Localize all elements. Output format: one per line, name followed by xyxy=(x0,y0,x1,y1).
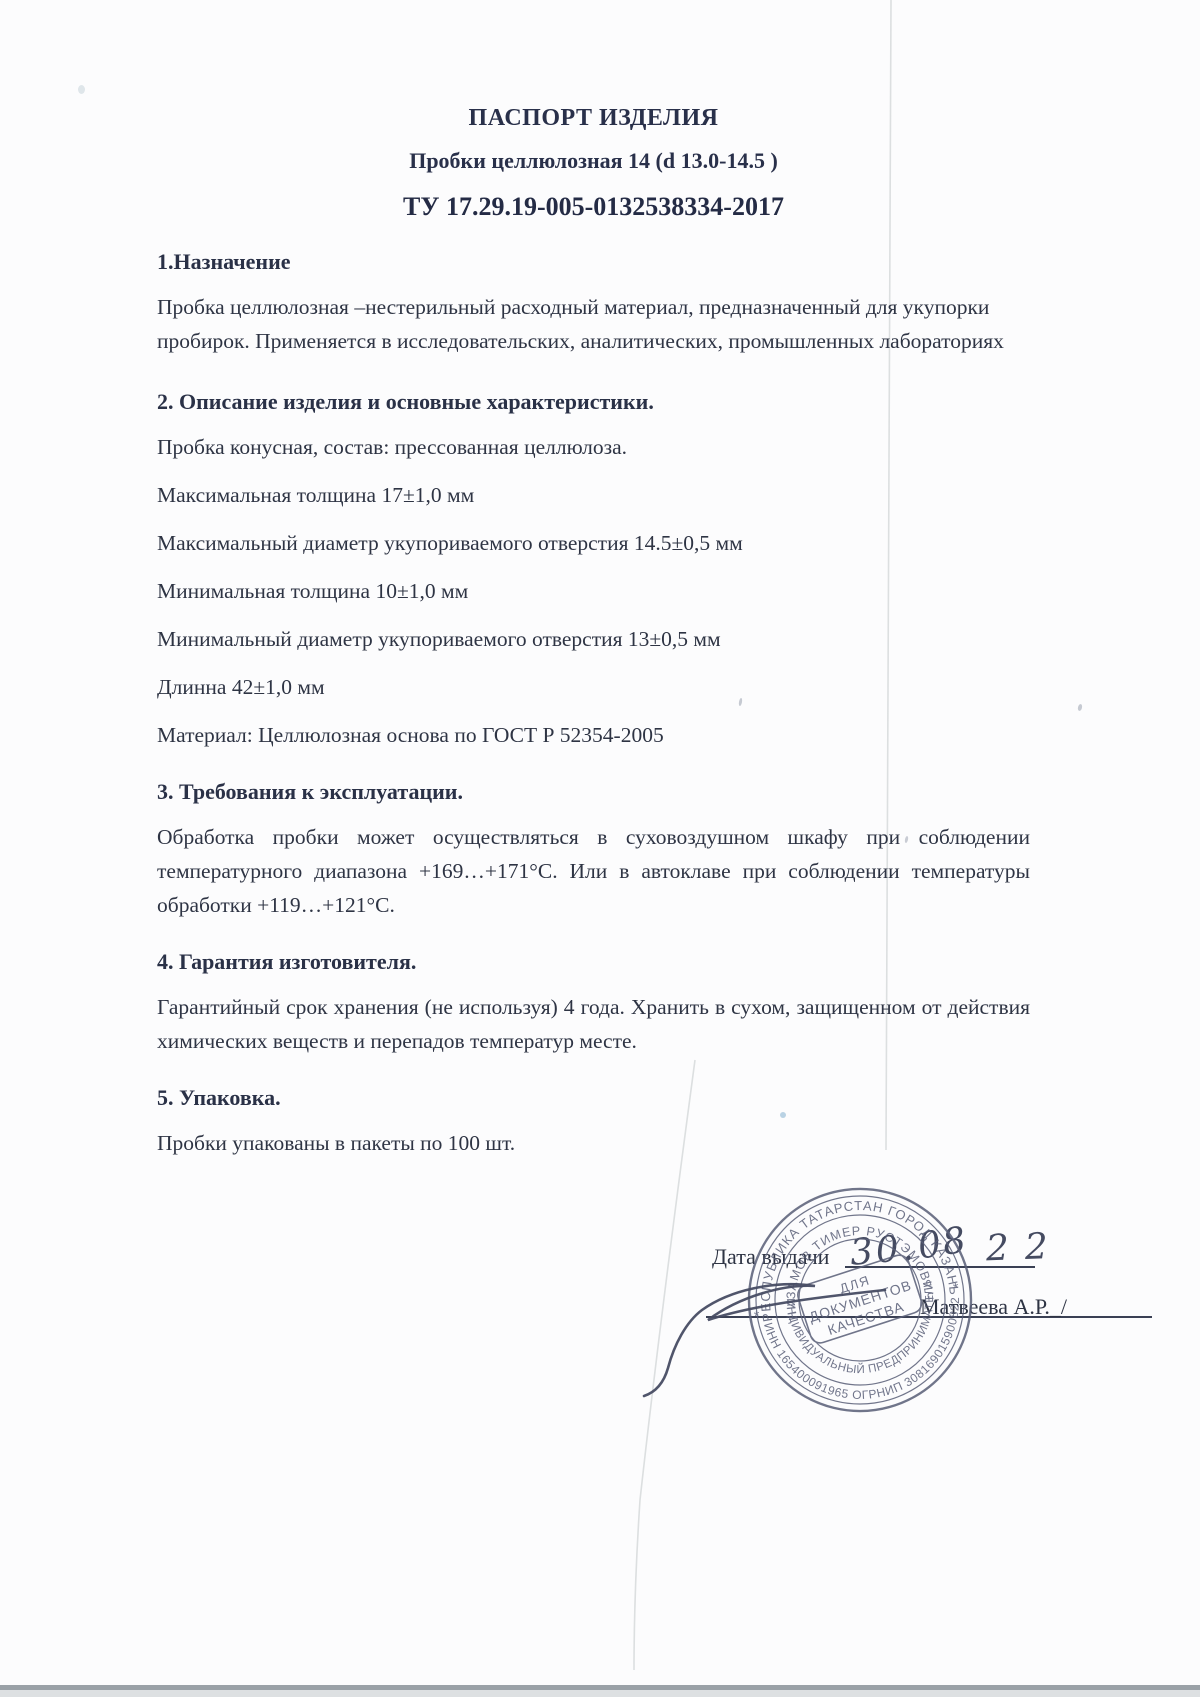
section-5-paragraph: Пробки упакованы в пакеты по 100 шт. xyxy=(157,1126,1030,1160)
spec-line: Минимальная толщина 10±1,0 мм xyxy=(157,574,1030,608)
section-4-paragraph: Гарантийный срок хранения (не используя)… xyxy=(157,990,1030,1058)
spec-line: Максимальная толщина 17±1,0 мм xyxy=(157,478,1030,512)
section-3-heading: 3. Требования к эксплуатации. xyxy=(157,778,1030,806)
document-standard-number: ТУ 17.29.19-005-0132538334-2017 xyxy=(157,192,1030,222)
section-2-heading: 2. Описание изделия и основные характери… xyxy=(157,388,1030,416)
document-subtitle: Пробки целлюлозная 14 (d 13.0-14.5 ) xyxy=(157,148,1030,174)
document-title: ПАСПОРТ ИЗДЕЛИЯ xyxy=(157,104,1030,132)
spec-line: Пробка конусная, состав: прессованная це… xyxy=(157,430,1030,464)
scanned-document-page: ПАСПОРТ ИЗДЕЛИЯ Пробки целлюлозная 14 (d… xyxy=(0,0,1200,1697)
spec-line: Максимальный диаметр укупориваемого отве… xyxy=(157,526,1030,560)
spec-line: Длинна 42±1,0 мм xyxy=(157,670,1030,704)
section-5-heading: 5. Упаковка. xyxy=(157,1084,1030,1112)
section-1-heading: 1.Назначение xyxy=(157,248,1030,276)
scan-bottom-edge-light xyxy=(0,1690,1200,1697)
section-4-heading: 4. Гарантия изготовителя. xyxy=(157,948,1030,976)
section-3-paragraph: Обработка пробки может осуществляться в … xyxy=(157,820,1030,922)
document-content: ПАСПОРТ ИЗДЕЛИЯ Пробки целлюлозная 14 (d… xyxy=(0,0,1200,1160)
section-1-paragraph: Пробка целлюлозная –нестерильный расходн… xyxy=(157,290,1030,358)
spec-line: Материал: Целлюлозная основа по ГОСТ Р 5… xyxy=(157,718,1030,752)
spec-line: Минимальный диаметр укупориваемого отвер… xyxy=(157,622,1030,656)
